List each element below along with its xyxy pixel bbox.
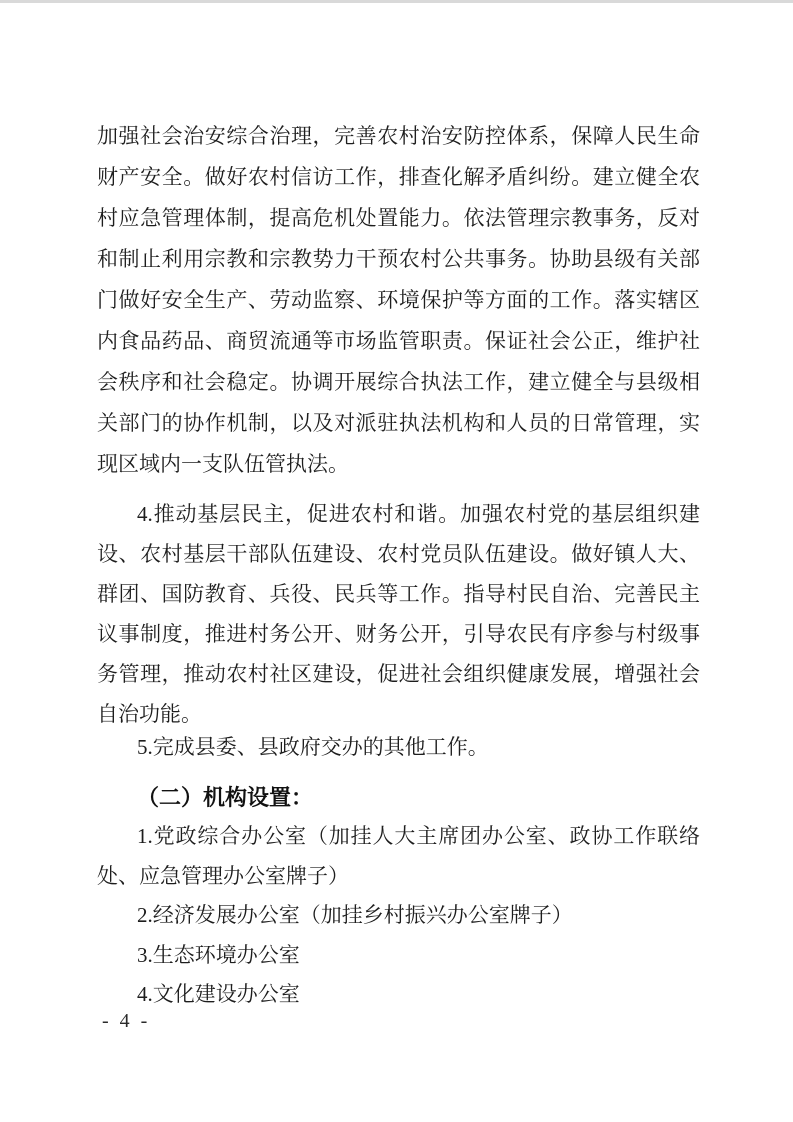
- text-line: 内食品药品、商贸流通等市场监管职责。保证社会公正，维护社: [97, 321, 700, 362]
- paragraph-social-governance: 加强社会治安综合治理，完善农村治安防控体系，保障人民生命 财产安全。做好农村信访…: [97, 116, 700, 485]
- paragraph-grassroots-democracy: 4.推动基层民主，促进农村和谐。加强农村党的基层组织建 设、农村基层干部队伍建设…: [97, 494, 700, 734]
- text-line: 和制止利用宗教和宗教势力干预农村公共事务。协助县级有关部: [97, 239, 700, 280]
- text-line: 设、农村基层干部队伍建设、农村党员队伍建设。做好镇人大、: [97, 534, 700, 574]
- section-heading-text: （二）机构设置：: [97, 777, 700, 818]
- org-office-line: 1.党政综合办公室（加挂人大主席团办公室、政协工作联络: [97, 817, 700, 857]
- text-line: 村应急管理体制，提高危机处置能力。依法管理宗教事务，反对: [97, 198, 700, 239]
- text-line: 会秩序和社会稳定。协调开展综合执法工作，建立健全与县级相: [97, 362, 700, 403]
- text-line: 群团、国防教育、兵役、民兵等工作。指导村民自治、完善民主: [97, 574, 700, 614]
- text-line: 现区域内一支队伍管执法。: [97, 444, 700, 485]
- text-line: 4.推动基层民主，促进农村和谐。加强农村党的基层组织建: [97, 494, 700, 534]
- org-office-line: 3.生态环境办公室: [97, 936, 700, 976]
- text-line: 务管理，推动农村社区建设，促进社会组织健康发展，增强社会: [97, 654, 700, 694]
- org-office-line: 2.经济发展办公室（加挂乡村振兴办公室牌子）: [97, 896, 700, 936]
- text-line: 财产安全。做好农村信访工作，排查化解矛盾纠纷。建立健全农: [97, 157, 700, 198]
- document-page: 加强社会治安综合治理，完善农村治安防控体系，保障人民生命 财产安全。做好农村信访…: [0, 0, 793, 1122]
- text-line: 加强社会治安综合治理，完善农村治安防控体系，保障人民生命: [97, 116, 700, 157]
- org-offices-list: 1.党政综合办公室（加挂人大主席团办公室、政协工作联络 处、应急管理办公室牌子）…: [97, 817, 700, 1015]
- org-office-line: 4.文化建设办公室: [97, 975, 700, 1015]
- page-number: - 4 -: [102, 1010, 150, 1033]
- section-heading-org-setup: （二）机构设置：: [97, 777, 700, 818]
- scan-artifact-line: [0, 0, 793, 3]
- text-line: 门做好安全生产、劳动监察、环境保护等方面的工作。落实辖区: [97, 280, 700, 321]
- text-line: 关部门的协作机制，以及对派驻执法机构和人员的日常管理，实: [97, 403, 700, 444]
- text-line: 5.完成县委、县政府交办的其他工作。: [97, 727, 700, 768]
- text-line: 议事制度，推进村务公开、财务公开，引导农民有序参与村级事: [97, 614, 700, 654]
- org-office-line: 处、应急管理办公室牌子）: [97, 857, 700, 897]
- paragraph-other-tasks: 5.完成县委、县政府交办的其他工作。: [97, 727, 700, 768]
